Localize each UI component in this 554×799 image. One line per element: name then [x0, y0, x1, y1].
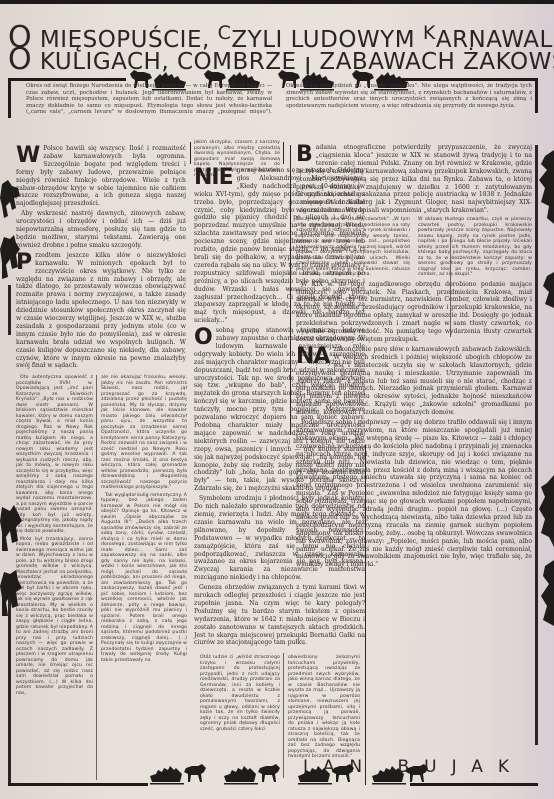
headline-fragment: C [218, 22, 232, 44]
kulig-story-text-a: Oto autentyczna opowieść z początków XVI… [16, 375, 93, 535]
headline-fragment: K [423, 22, 436, 44]
horse-rider-icon [537, 150, 554, 230]
article-paragraph: Podjadłszy sobie i podpiwszy — gdy się d… [296, 419, 532, 569]
drop-cap: O [194, 328, 212, 347]
left-frame-rule [8, 285, 11, 335]
article-paragraph: Przedtem jeszcze kilka słów o niezwykłoś… [16, 252, 186, 371]
sleigh-horse-icon [370, 762, 430, 788]
magazine-page: O MIĘSOPUŚCIE, CZYLI LUDOWYM KARNAWALE, … [0, 0, 554, 799]
column-right: Badania etnograficzne potwierdziły przyp… [296, 144, 532, 571]
column-divider-mid [190, 142, 191, 164]
comber-quote-a: Zaczynały się one w „tłusty czwartek". „… [296, 217, 410, 278]
sleigh-horse-icon [148, 762, 208, 788]
galka-text-b: obwiedziony żelaznymi łańcuchami przywle… [288, 655, 360, 760]
right-frame-rule [535, 145, 538, 745]
horse-rider-icon [0, 570, 24, 618]
galka-complaint-part2: obwiedziony żelaznymi łańcuchami przywle… [288, 655, 360, 762]
bottom-rule-left [8, 783, 148, 786]
kulig-story-text-b: Mróz był trzaskający, zanna kopna, niebo… [16, 537, 93, 697]
column-divider-small [96, 375, 97, 780]
header-rule-left [8, 78, 126, 81]
article-paragraph: Geneza obrzędów związanych z tymi karami… [194, 584, 365, 647]
horse-rider-icon [0, 505, 24, 553]
article-paragraph: NAzakończenie parę słów o karnawałowych … [296, 346, 532, 417]
horse-rider-icon [537, 560, 554, 630]
galka-text-a: Otóż ludzie ci „wśród strasznego krzyku … [200, 655, 280, 732]
headline-fragment: O [8, 42, 32, 77]
sleigh-horse-icon [222, 762, 282, 788]
frame-left-top [8, 78, 11, 118]
horse-rider-icon [0, 180, 22, 220]
drop-cap: NIE [194, 168, 233, 187]
comber-quote-b: W oktawę tłustego czwartku, czyli w pier… [418, 217, 532, 278]
frame-right-top [535, 78, 538, 113]
intro-paragraph: Okres od świąt Bożego Narodzenia do wiel… [26, 83, 532, 116]
drop-cap: NA [296, 347, 329, 366]
drop-cap: B [296, 145, 312, 164]
top-border [0, 0, 554, 4]
kulig-story-part1: Oto autentyczna opowieść z początków XVI… [16, 375, 93, 698]
article-paragraph: Aby wskrzesić nastrój dawnych, zimowych … [16, 210, 186, 250]
kulig-story-part2: ale nie okazując frasunku, wesoły, jakby… [101, 375, 187, 665]
header-rule-right [388, 78, 538, 81]
article-paragraph: W XIX w. do tego zagadkowego obrzędu dor… [296, 281, 532, 344]
column-divider-small-lower [283, 653, 284, 778]
horse-rider-icon [537, 475, 554, 550]
column-left: WPolsce bawili się wszyscy. Ilość i rozm… [16, 145, 186, 372]
drop-cap: W [16, 146, 39, 165]
article-paragraph: Badania etnograficzne potwierdziły przyp… [296, 144, 532, 215]
horse-rider-icon [0, 235, 22, 280]
galka-complaint-part1: Otóż ludzie ci „wśród strasznego krzyku … [200, 655, 280, 734]
column-divider-right [283, 142, 284, 164]
kulig-story-text-c: ale nie okazując frasunku, wesoły, jakby… [101, 375, 187, 491]
comber-quotes: Zaczynały się one w „tłusty czwartek". „… [296, 217, 532, 278]
sleigh-procession-bottom [148, 762, 408, 788]
horse-rider-icon [537, 270, 554, 310]
sleigh-horse-icon [296, 762, 356, 788]
kitowicz-quote-text: Tak wyglądał kulig romantyczny. A typowy… [101, 493, 187, 664]
article-paragraph: WPolsce bawili się wszyscy. Ilość i rozm… [16, 145, 186, 208]
